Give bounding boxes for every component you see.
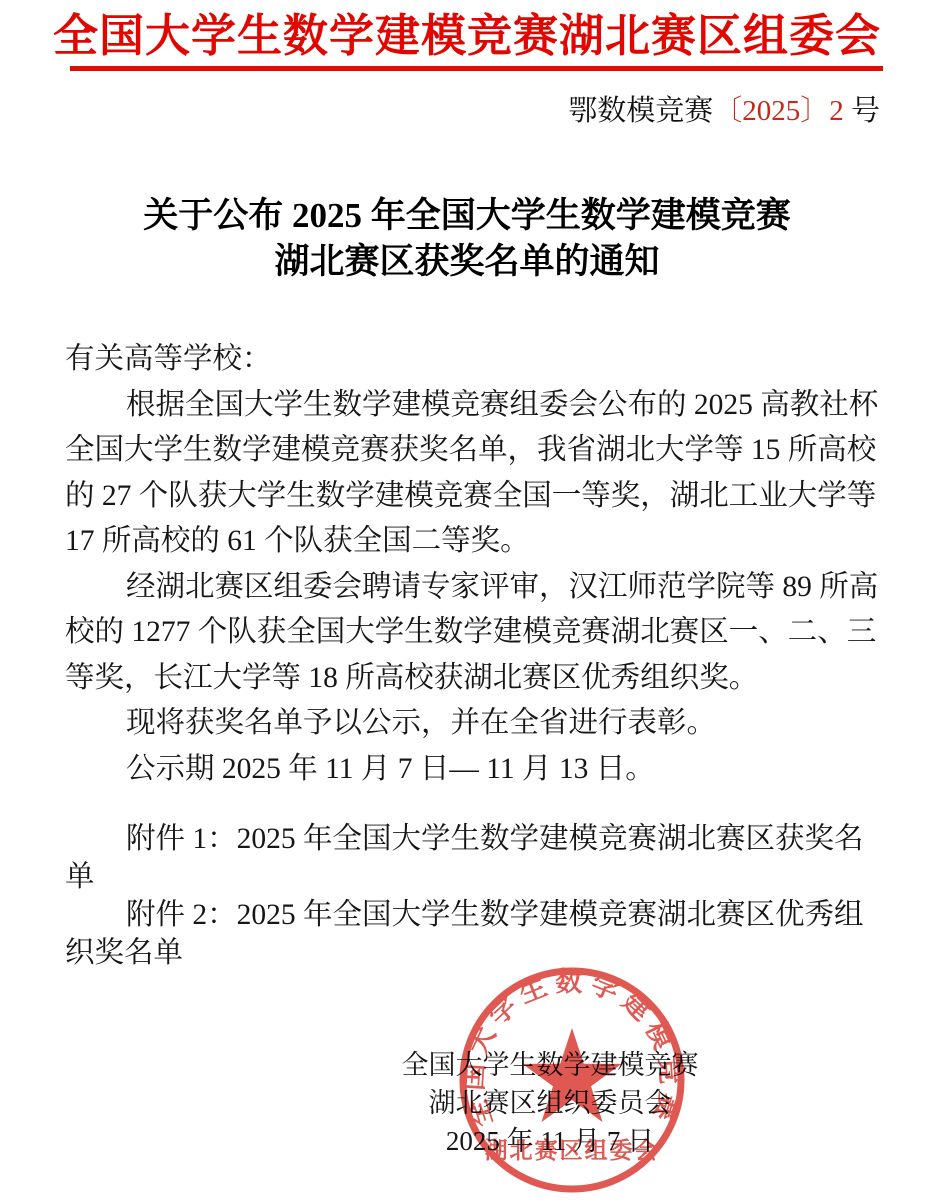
attachment-line: 织奖名单: [65, 934, 874, 972]
body-line: 全国大学生数学建模竞赛获奖名单，我省湖北大学等 15 所高校: [65, 428, 874, 474]
notice-body: 有关高等学校： 根据全国大学生数学建模竞赛组委会公布的 2025 高教社杯 全国…: [65, 337, 874, 792]
signature-org-line2: 湖北赛区组织委员会: [400, 1084, 700, 1122]
attachment-line: 附件 2：2025 年全国大学生数学建模竞赛湖北赛区优秀组: [65, 896, 874, 934]
header-divider-rule: [70, 66, 883, 71]
body-line: 经湖北赛区组委会聘请专家评审，汉江师范学院等 89 所高: [65, 565, 874, 611]
signature-block: 全国大学生数学建模竞赛 湖北赛区组织委员会 2025 年 11 月 7 日: [400, 1046, 700, 1160]
body-line: 等奖，长江大学等 18 所高校获湖北赛区优秀组织奖。: [65, 656, 874, 702]
attachments-list: 附件 1：2025 年全国大学生数学建模竞赛湖北赛区获奖名 单 附件 2：202…: [65, 820, 874, 972]
attachment-line: 附件 1：2025 年全国大学生数学建模竞赛湖北赛区获奖名: [65, 820, 874, 858]
official-notice-page: 全国大学生数学建模竞赛湖北赛区组委会 鄂数模竞赛〔2025〕2 号 关于公布 2…: [0, 0, 934, 1204]
doc-number-prefix: 鄂数模竞赛: [568, 95, 713, 127]
notice-title-line1: 关于公布 2025 年全国大学生数学建模竞赛: [0, 193, 934, 239]
body-line: 根据全国大学生数学建模竞赛组委会公布的 2025 高教社杯: [65, 383, 874, 429]
doc-number: 鄂数模竞赛〔2025〕2 号: [0, 93, 934, 129]
body-line: 现将获奖名单予以公示，并在全省进行表彰。: [65, 701, 874, 747]
attachment-line: 单: [65, 858, 874, 896]
doc-number-suffix: 号: [844, 95, 880, 127]
body-line: 公示期 2025 年 11 月 7 日— 11 月 13 日。: [65, 747, 874, 793]
body-line: 17 所高校的 61 个队获全国二等奖。: [65, 519, 874, 565]
document-header-org: 全国大学生数学建模竞赛湖北赛区组委会: [0, 0, 934, 62]
body-line: 的 27 个队获大学生数学建模竞赛全国一等奖，湖北工业大学等: [65, 474, 874, 520]
signature-date: 2025 年 11 月 7 日: [400, 1122, 700, 1160]
body-salutation: 有关高等学校：: [65, 337, 874, 383]
doc-number-issue: 〔2025〕2: [713, 95, 844, 127]
notice-title-line2: 湖北赛区获奖名单的通知: [0, 239, 934, 285]
body-line: 校的 1277 个队获全国大学生数学建模竞赛湖北赛区一、二、三: [65, 610, 874, 656]
signature-org-line1: 全国大学生数学建模竞赛: [400, 1046, 700, 1084]
notice-title: 关于公布 2025 年全国大学生数学建模竞赛 湖北赛区获奖名单的通知: [0, 193, 934, 285]
